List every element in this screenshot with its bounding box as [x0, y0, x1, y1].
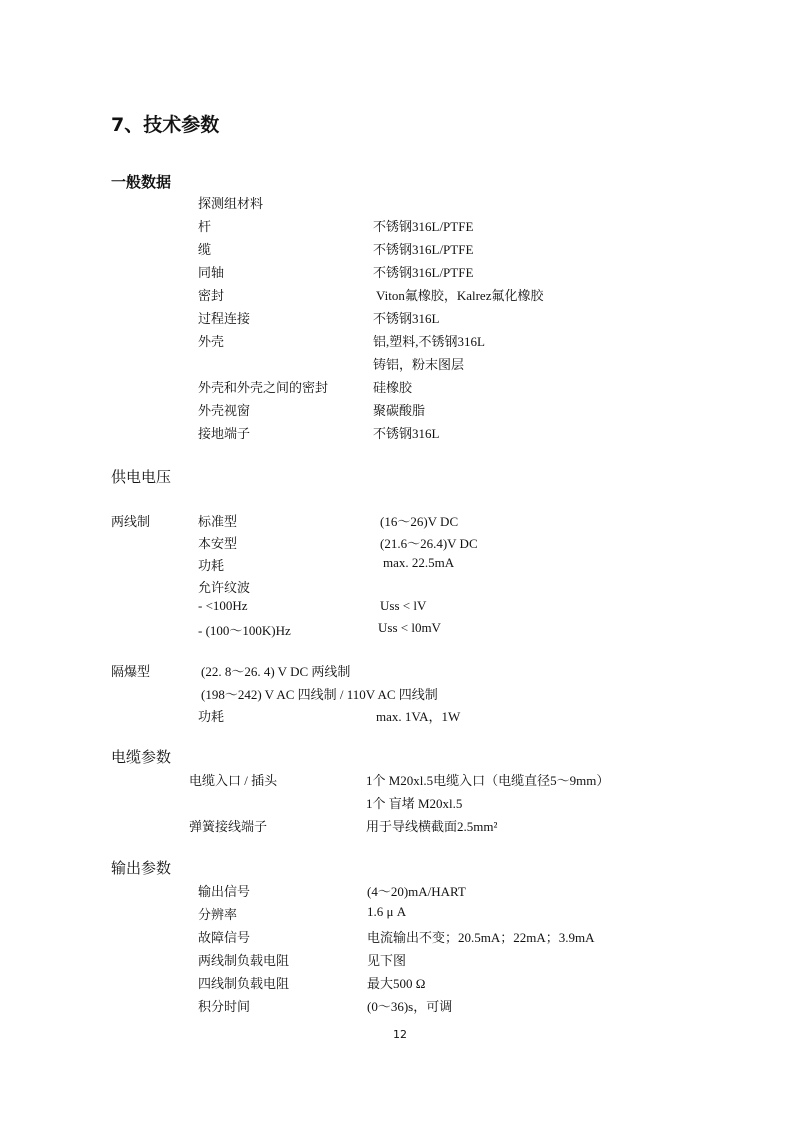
- row-value: 见下图: [367, 950, 406, 969]
- row-label: 积分时间: [198, 996, 250, 1015]
- row-label: 四线制负载电阻: [198, 973, 289, 992]
- row-value: (0～36)s，可调: [367, 996, 452, 1015]
- row-value: (21.6～26.4)V DC: [380, 533, 478, 552]
- row-label: 输出信号: [198, 881, 250, 900]
- row-label: 功耗: [198, 706, 224, 725]
- row-value: 硅橡胶: [373, 377, 412, 396]
- row-label: 功耗: [198, 555, 224, 574]
- row-label: 两线制负载电阻: [198, 950, 289, 969]
- row-value: 不锈钢316L/PTFE: [373, 239, 473, 258]
- row-value: max. 1VA，1W: [376, 706, 460, 725]
- row-value: 用于导线横截面2.5mm²: [366, 816, 497, 835]
- row-label: 电缆入口 / 插头: [189, 770, 277, 789]
- section-heading-power: 供电电压: [111, 466, 171, 487]
- row-label: 本安型: [198, 533, 237, 552]
- row-value: 聚碳酸脂: [373, 400, 425, 419]
- row-label: 缆: [198, 239, 211, 258]
- row-value: 铸铝，粉末图层: [373, 354, 464, 373]
- explosion-proof-line-1: (22. 8～26. 4) V DC 两线制: [201, 661, 350, 680]
- row-value: 1个 盲堵 M20xl.5: [366, 793, 462, 812]
- group-label-two-wire: 两线制: [111, 511, 150, 530]
- row-value: 铝,塑料,不锈钢316L: [373, 331, 485, 350]
- row-label: 过程连接: [198, 308, 250, 327]
- row-value: Uss < lV: [380, 598, 426, 614]
- row-value: Viton氟橡胶，Kalrez氟化橡胶: [376, 285, 543, 304]
- row-value: 1个 M20xl.5电缆入口（电缆直径5～9mm）: [366, 770, 609, 789]
- row-value: (16～26)V DC: [380, 511, 458, 530]
- row-label: 接地端子: [198, 423, 250, 442]
- section-heading-cable: 电缆参数: [111, 746, 171, 767]
- row-value: (4～20)mA/HART: [367, 881, 466, 900]
- row-value: 不锈钢316L: [373, 423, 439, 442]
- row-value: 电流输出不变；20.5mA；22mA；3.9mA: [367, 927, 595, 946]
- row-value: 不锈钢316L/PTFE: [373, 216, 473, 235]
- row-value: 不锈钢316L: [373, 308, 439, 327]
- row-value: 最大500 Ω: [367, 973, 425, 992]
- row-label: 外壳和外壳之间的密封: [198, 377, 328, 396]
- page-title: 7、技术参数: [111, 110, 219, 137]
- row-value: 不锈钢316L/PTFE: [373, 262, 473, 281]
- row-label: 故障信号: [198, 927, 250, 946]
- row-label: 外壳视窗: [198, 400, 250, 419]
- row-value: max. 22.5mA: [383, 555, 454, 571]
- row-label: 密封: [198, 285, 224, 304]
- group-label-explosion-proof: 隔爆型: [111, 661, 150, 680]
- page-number: 12: [393, 1028, 407, 1041]
- row-label: 分辨率: [198, 904, 237, 923]
- row-value: Uss < l0mV: [378, 620, 441, 636]
- row-label: 外壳: [198, 331, 224, 350]
- row-label: - (100～100K)Hz: [198, 620, 291, 639]
- row-label: 标准型: [198, 511, 237, 530]
- row-value: 1.6 μ A: [367, 904, 406, 920]
- row-label: - <100Hz: [198, 598, 248, 614]
- row-label: 允许纹波: [198, 577, 250, 596]
- section-heading-output: 输出参数: [111, 857, 171, 878]
- explosion-proof-line-2: (198～242) V AC 四线制 / 110V AC 四线制: [201, 684, 438, 703]
- row-label: 同轴: [198, 262, 224, 281]
- row-label: 杆: [198, 216, 211, 235]
- row-label: 弹簧接线端子: [189, 816, 267, 835]
- section-heading-general: 一般数据: [111, 171, 171, 192]
- subheading-probe-material: 探测组材料: [198, 193, 263, 212]
